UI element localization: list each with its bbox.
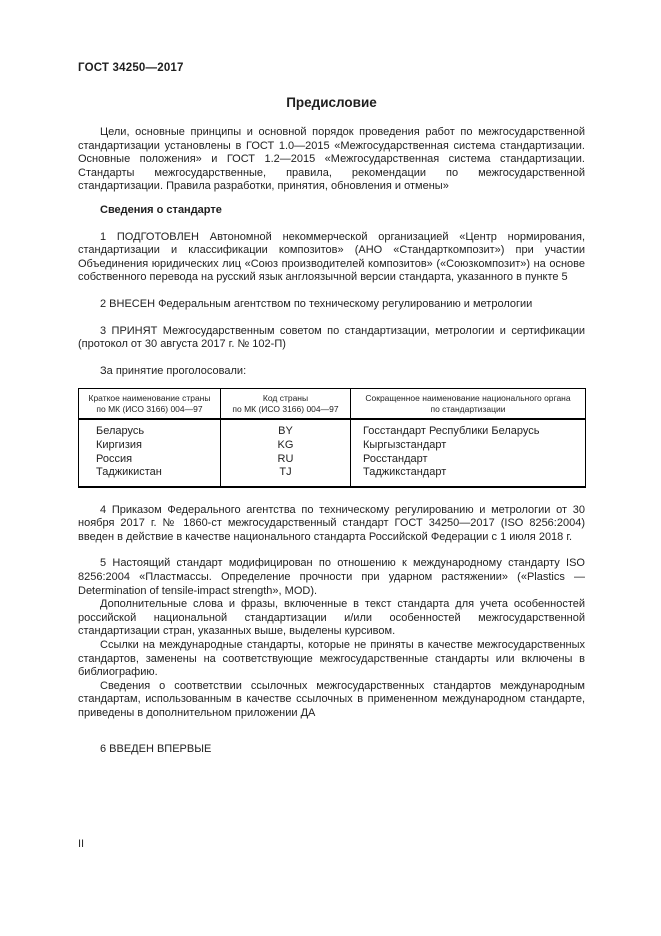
info-item-first-introduced: 6 ВВЕДЕН ВПЕРВЫЕ [78, 743, 585, 757]
table-header-country-line1: Краткое наименование страны [89, 393, 211, 403]
info-item-modified: 5 Настоящий стандарт модифицирован по от… [78, 557, 585, 598]
vote-table-header: Краткое наименование страны по МК (ИСО 3… [79, 389, 586, 420]
table-header-agency-line2: по стандартизации [430, 404, 505, 414]
info-item-prepared: 1 ПОДГОТОВЛЕН Автономной некоммерческой … [78, 231, 585, 285]
table-cell-agency: Таджикстандарт [351, 466, 586, 487]
info-item-submitted: 2 ВНЕСЕН Федеральным агентством по техни… [78, 298, 585, 312]
standard-info-heading: Сведения о стандарте [78, 204, 585, 218]
table-cell-country: Киргизия [79, 439, 221, 453]
table-cell-country: Россия [79, 453, 221, 467]
page-number: II [78, 838, 84, 850]
table-header-code-line2: по МК (ИСО 3166) 004—97 [232, 404, 338, 414]
document-page: ГОСТ 34250—2017 Предисловие Цели, основн… [0, 0, 661, 936]
table-cell-code: BY [221, 419, 351, 439]
vote-table: Краткое наименование страны по МК (ИСО 3… [78, 388, 586, 487]
table-row: Беларусь BY Госстандарт Республики Белар… [79, 419, 586, 439]
table-row: Россия RU Росстандарт [79, 453, 586, 467]
info-item-correspondence: Сведения о соответствии ссылочных межгос… [78, 680, 585, 721]
page-content: ГОСТ 34250—2017 Предисловие Цели, основн… [78, 62, 585, 756]
table-cell-country: Таджикистан [79, 466, 221, 487]
info-item-adopted: 3 ПРИНЯТ Межгосударственным советом по с… [78, 325, 585, 352]
table-header-country: Краткое наименование страны по МК (ИСО 3… [79, 389, 221, 420]
info-item-references: Ссылки на международные стандарты, котор… [78, 639, 585, 680]
info-item-order: 4 Приказом Федерального агентства по тех… [78, 504, 585, 545]
table-header-code: Код страны по МК (ИСО 3166) 004—97 [221, 389, 351, 420]
table-cell-agency: Росстандарт [351, 453, 586, 467]
table-cell-agency: Госстандарт Республики Беларусь [351, 419, 586, 439]
table-header-country-line2: по МК (ИСО 3166) 004—97 [96, 404, 202, 414]
table-cell-code: RU [221, 453, 351, 467]
table-header-code-line1: Код страны [263, 393, 308, 403]
info-item-additional-words: Дополнительные слова и фразы, включенные… [78, 598, 585, 639]
vote-table-body: Беларусь BY Госстандарт Республики Белар… [79, 419, 586, 486]
table-cell-country: Беларусь [79, 419, 221, 439]
table-row: Таджикистан TJ Таджикстандарт [79, 466, 586, 487]
page-title: Предисловие [78, 95, 585, 110]
table-header-agency: Сокращенное наименование национального о… [351, 389, 586, 420]
table-cell-code: KG [221, 439, 351, 453]
vote-heading: За принятие проголосовали: [78, 365, 585, 379]
table-cell-code: TJ [221, 466, 351, 487]
document-code: ГОСТ 34250—2017 [78, 62, 585, 74]
table-row: Киргизия KG Кыргызстандарт [79, 439, 586, 453]
intro-paragraph: Цели, основные принципы и основной поряд… [78, 126, 585, 194]
table-header-agency-line1: Сокращенное наименование национального о… [365, 393, 570, 403]
table-cell-agency: Кыргызстандарт [351, 439, 586, 453]
